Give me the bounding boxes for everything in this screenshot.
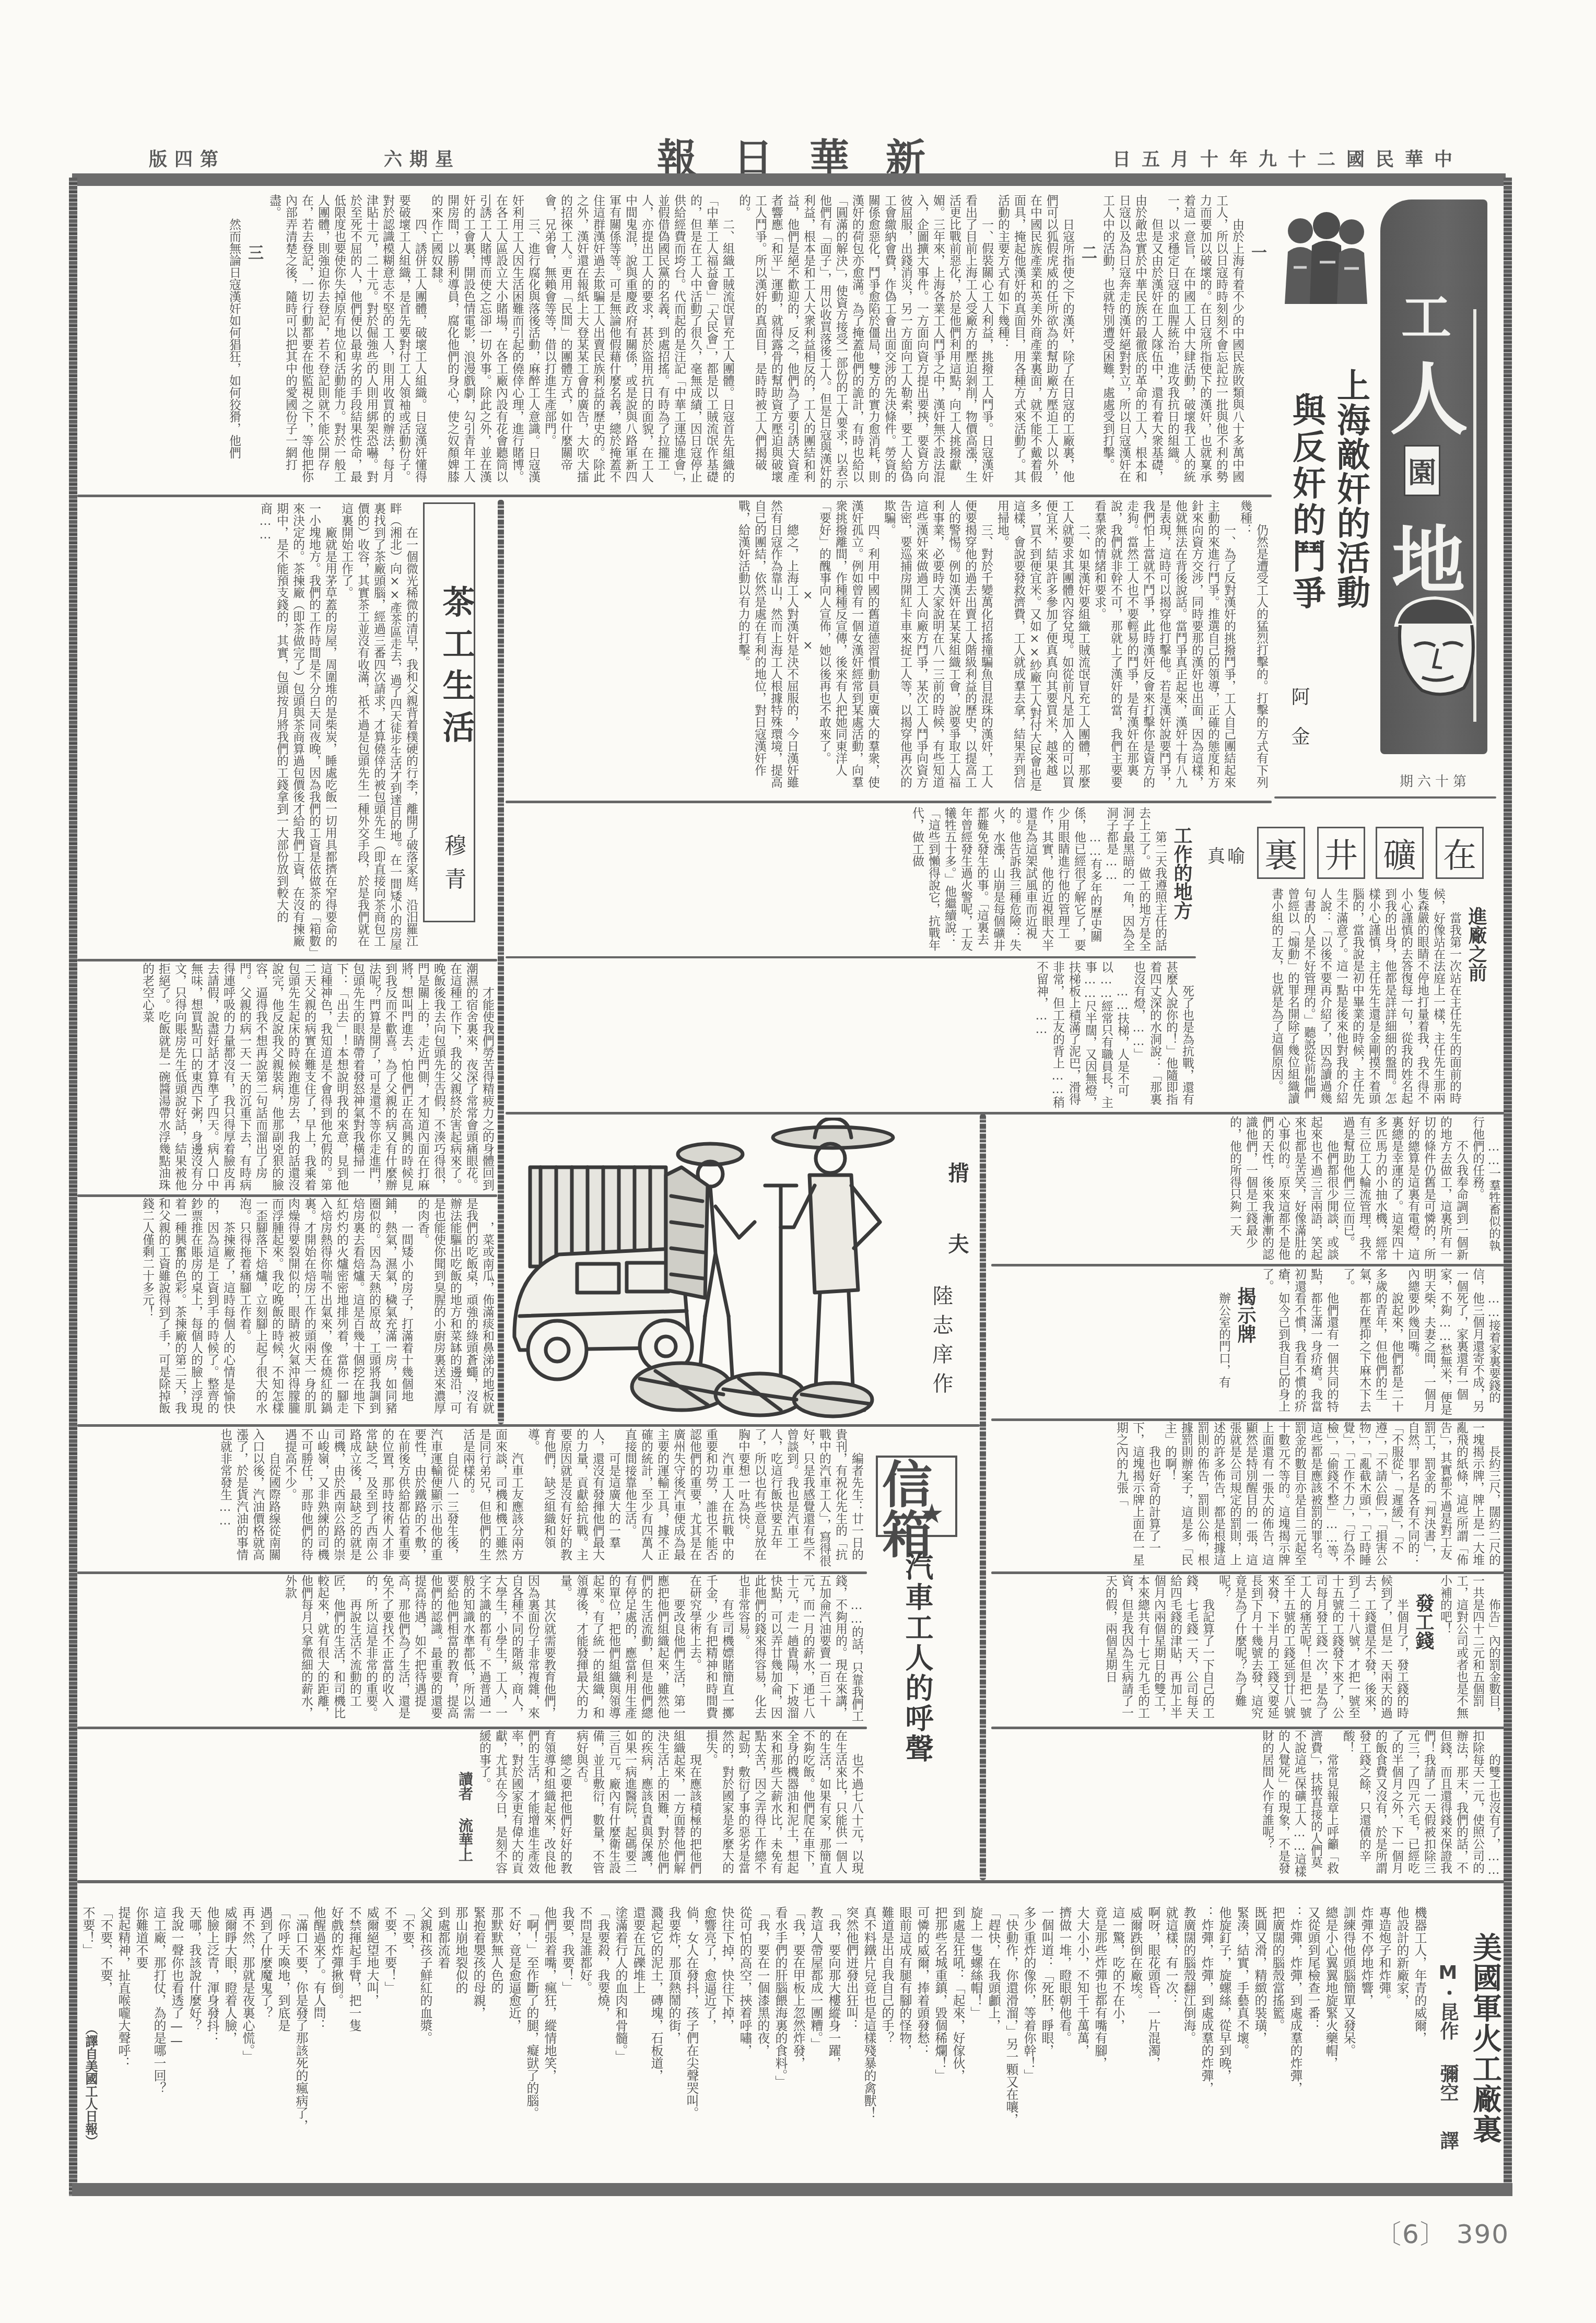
paragraph: 我也好奇的計算了一下，這塊揭示牌上面在一星期之內的九張「 <box>1113 1422 1161 1569</box>
paragraph: 現在應該積極的把他們組織起來，一方面替他們解決生活上的困難，對於他們的疾病，應該… <box>573 1730 702 1877</box>
worker-face-icon <box>1386 589 1482 701</box>
rule <box>506 801 1272 803</box>
poem-line: 塗滿着行人的血肉和骨髓。」 <box>612 1899 629 2178</box>
poem-title: 美國軍火工廠裏 <box>1464 1932 1506 2144</box>
paragraph-subhead: 進廠之前 <box>1462 888 1489 1110</box>
paragraph: 自從國際路線從南關入口以後，汽油價格就高漲了，於是貨汽油的事情也就非常發生…… <box>217 1428 281 1568</box>
poem-line: 「趕快，在我頭顱上， <box>984 1899 1002 2178</box>
poem-line: 眼前這成有腿有腳的怪物， <box>896 1899 913 2178</box>
illustration-artist: 陸志庠作 <box>926 1285 956 1402</box>
mine-work-top: 工作的地方第二天我遵照主任的話去上工了。做工的地方是全洞子最黑暗的一角，因為全洞… <box>507 807 1195 953</box>
tea-title-box: 茶工生活 穆青 <box>423 502 475 922</box>
poem-line: 這工廠，那打仗，為的是哪一回？ <box>150 1899 168 2178</box>
poem-line: 愈響亮了，愈逼近了， <box>700 1899 718 2178</box>
rule <box>506 1112 1504 1114</box>
mine-wages: 佈告」內的罰金數目，一共是四十二元和五個罰工，這對公司或者也是不無小補的吧！發工… <box>992 1575 1501 1724</box>
poem-line: 這一驚，吃的不在小， <box>1109 1899 1126 2178</box>
poem-line: 突然他們迸發出狂叫： <box>842 1899 860 2178</box>
paragraph-heading: 一 <box>1245 194 1269 492</box>
mine-title-char: 井 <box>1317 827 1365 879</box>
poem-line: 到處是狂吼：「起來，好傢伙， <box>949 1899 967 2178</box>
poem-line: 把廣闊的腦殼當搖籃。 <box>1269 1899 1286 2178</box>
rule <box>77 959 497 961</box>
supplement-masthead: 工 人 園 地 <box>1380 200 1487 754</box>
poem-line: 「啊！」至作斷了的腿，癡獃了的腦。 <box>523 1899 541 2178</box>
rule <box>77 495 1272 497</box>
paragraph: 他們都很少閒談，或談起來也不過三言兩語，笑起來也都是苦笑，好像滿肚的心事似的。原… <box>1226 1116 1340 1261</box>
poem-translator: 彌空 <box>1437 2064 1459 2102</box>
poem-line: 從可怕的高空，挾着呼嘯， <box>736 1899 754 2178</box>
newspaper-page: 第四版 星期六 新華日報 中華民國二十九年十月五日 工 人 園 地 第十六期 上… <box>0 0 1596 2323</box>
poem-line: 到處都流着 <box>434 1899 452 2178</box>
poem-line: 天哪，我該說什麼好？ <box>185 1899 203 2178</box>
paragraph: 辦公室的門口，有 <box>1215 1268 1231 1417</box>
poem-line: ：炸彈，炸彈，到處成羣的炸彈， <box>1286 1899 1304 2178</box>
rule <box>77 1194 497 1197</box>
poem-source: （譯自美國工人日報） <box>81 2022 99 2148</box>
paragraph: 其次就需要教育他們，因為裏面份子非常複雜，來自各種不同的階級，商人，大學生，小學… <box>362 1575 557 1723</box>
paragraph: 四、誘併工人團體，破壞工人組織。日寇漢奸懂得要破壞工人組織，是首先要對付工人領袖… <box>266 194 428 492</box>
poem-translator-suffix: 譯 <box>1437 2131 1459 2150</box>
poem-line: 威爾絕望地大叫， <box>363 1899 381 2178</box>
paragraph: 在一個微光稀微的清早，我和父親背着樸硬的行李，離開了破落家庭，沿汨羅江畔（湘北）… <box>338 502 419 955</box>
issue-date: 中華民國二十九年十月五日 <box>1112 145 1463 171</box>
poem-lines: 機器工人，年青的威爾，他設計的新廠家，專造炮子和炸彈。炸彈不停地炸響，訓練得他頭… <box>78 1899 1428 2178</box>
paragraph: 汽車工人在抗戰中的重要和功勞，誰也不能否認他們的重要，尤其是在廣州失守後汽車便成… <box>621 1428 735 1568</box>
poem-line: 一個叫道：「死胚，睜眼， <box>1038 1899 1055 2178</box>
article-title-line2: 與反奸的鬥爭 <box>1282 393 1330 612</box>
tea-title: 茶工生活 <box>433 585 479 752</box>
paragraph: 然而無論日寇漢奸如何猖狂，如何狡猾，他們 <box>226 194 242 492</box>
mine-wages-cont: 的雙工也沒有了，……扣除每天一元，使照公司的辦法，那末，我們的話，不但錢，而且還… <box>992 1730 1501 1877</box>
paragraph: 四、利用中國的舊道德習慣動員更廣大的羣衆，使漢奸孤立。例如曾有一個女漢奸經常到某… <box>816 500 881 797</box>
paragraph: 自從八一三發生後，汽車運輸便顯示出他的重要性，由於鐵路的不敷，在前後方供給都佔着… <box>281 1428 460 1568</box>
poem-line: 不禁揮起手臂，把一隻 <box>345 1899 363 2178</box>
poem-line: 可憐的威爾，捧着頭發愁： <box>913 1899 931 2178</box>
paragraph: 說起來，他們都是二十多歲的青年，但他們的生氣，都在壓抑之下麻木下去了。 <box>1340 1268 1404 1417</box>
paragraph-subhead: 工作的地方 <box>1168 807 1195 953</box>
paragraph: 再說生活不流動的工匠，他們的生活，和司機比較起來，就有很大的距離，他們每月只拿微… <box>281 1575 362 1723</box>
poem-line: 濺起它的泥土，磚塊，石板道， <box>647 1899 665 2178</box>
paragraph: 半個月了，發工錢的時候到了，但是一天兩天的過去，工錢還是不發，後來，到了二十八號… <box>1215 1575 1410 1724</box>
mine-title-char: 礦 <box>1376 827 1424 879</box>
rule <box>991 1571 1504 1574</box>
paragraph: 第二天我遵照主任的話去上工了。做工的地方是全洞子最黑暗的一角，因為全洞子都是…… <box>1103 807 1168 953</box>
paragraph: ，菜或南瓜，佈滿痰和鼻涕的地板就是我們的吃飯桌，頑強的綠頭蒼蠅，沒有辦法能驅出吃… <box>414 1198 495 1421</box>
paragraph: 才能使我們勞苦得精疲力之的身體回到潮濕的宿舍裏來，夜深了常常會頭痛眼花。在這種工… <box>139 963 495 1192</box>
poem-line: 「我，要向那大樓縱身一躍， <box>825 1899 842 2178</box>
paragraph: 廠就是用茅草蓋的房屋，周圍堆的是柴炭，睡處吃飯一切用具都擠在窄得要命的一小塊地方… <box>257 502 338 955</box>
mine-notice-cont: 長約三尺，闊約二尺的一塊揭示牌，牌上是一大堆亂飛的紙條，這些所謂「佈告」，其實都… <box>992 1422 1501 1569</box>
poem-line: 啊呀，眼花頭昏，一片混濁， <box>1144 1899 1162 2178</box>
bottom-border-bar <box>72 2183 1512 2196</box>
rule <box>77 1424 980 1427</box>
rule <box>991 1727 1504 1729</box>
poem-line: 好戲的炸彈揪倒。 <box>327 1899 345 2178</box>
poem-line: 倘，女人在發抖，孩子們在尖聲哭叫。 <box>683 1899 700 2178</box>
poem-line: 大大小小，不知千千萬萬， <box>1073 1899 1091 2178</box>
poem-line: 擠做一堆，瞪眼朝他看。 <box>1055 1899 1073 2178</box>
poem-line: 我要，我要！」 <box>558 1899 576 2178</box>
poem-line: 父親和孩子鮮紅的血漿。 <box>416 1899 434 2178</box>
poem-line: 「滿口不要，你是發了那該死的瘋病了， <box>292 1899 310 2178</box>
paragraph-heading: 三 <box>242 194 266 492</box>
tea-author: 穆青 <box>438 834 470 901</box>
poem-line: 旋上一隻螺絲帽！」 <box>967 1899 984 2178</box>
mine-title-char: 在 <box>1436 827 1484 879</box>
paragraph: 日寇所指使之下的漢奸，除了在日寇的工廠裏，他們可以狐假虎威的任所欲為的幫助廠方壓… <box>994 194 1075 492</box>
issue-number: 第十六期 <box>1400 771 1471 790</box>
paragraph: 一、為了反對漢奸的挑撥鬥爭，工人自己團結起來主動的來進行鬥爭。推選自己的領導，正… <box>1091 500 1237 797</box>
porters-illustration <box>509 1118 927 1421</box>
poem-line: 竟是那些炸彈也都有嘴有腳， <box>1091 1899 1109 2178</box>
poem-line: 多少重炸的像你，等着你幹！」 <box>1020 1899 1038 2178</box>
paragraph: 死了也是為抗戰，還有甚麼人說你的！」他隨即指着四丈深的水洞說：「那裏也沒有燈，…… <box>1130 961 1195 1109</box>
paragraph: ……有多年的歷史關係，他已經很了解它了，要少用眼睛進行他的管理工作，其實，他的近… <box>909 807 1103 953</box>
poem-line: 「不要， <box>398 1899 416 2178</box>
poem-line: 那默默無人色的 <box>487 1899 505 2178</box>
paragraph: 我記算了一下自己的工錢，七毛錢一天，公司每天給四毛錢的津貼，再加上半個月內兩個星… <box>1102 1575 1215 1724</box>
poem-line: 看水手們的肝腦餵海裏的食料。」 <box>771 1899 789 2178</box>
paragraph: 總之，上海工人對漢奸是決不屈服的，今日漢奸雖然有日寇作為靠山，然而上海工人根據特… <box>735 500 800 797</box>
poem-author: M・昆作 <box>1437 1962 1459 2040</box>
poem-line: 難道是出自我自己的手？ <box>878 1899 896 2178</box>
poem-line: 威爾睜大眼，瞪着人臉， <box>221 1899 239 2178</box>
paragraph: 要改良他們生活，第一應把他們組織起來，雖然他們的生活流動，但是他們總有停足處的，… <box>557 1575 686 1723</box>
paragraph: 佈告」內的罰金數目，一共是四十二元和五個罰工，這對公司或者也是不無小補的吧！ <box>1437 1575 1501 1724</box>
poem-line: 他們張着嘴，瘋狂，縱情地笑， <box>541 1899 558 2178</box>
poem-line: 訓練得他頭腦簡單又發呆。 <box>1340 1899 1357 2178</box>
star-icon: ★ <box>920 1500 944 1528</box>
poem-line: 緊湊，結實，手藝真不壞。 <box>1233 1899 1251 2178</box>
poem-line: 他設計的新廠家， <box>1393 1899 1411 2178</box>
poem-line: 「我，要在甲板上忽然炸發， <box>789 1899 807 2178</box>
right-border <box>1504 178 1512 2196</box>
mailbox-column-badge: 信箱 ★ <box>876 1456 957 1537</box>
paragraph: ……的話，只靠我們工錢，不夠用的。現在來講，五加侖汽油要賣一百二十元，而一月的薪… <box>735 1575 864 1723</box>
poem-line: 真不料鐵片兒竟也是這樣殘暴的禽獸！ <box>860 1899 878 2178</box>
poem-line: 不要，不要！」 <box>381 1899 398 2178</box>
masthead-char-yuan: 園 <box>1404 445 1440 496</box>
poem-line: 提起精神，扯直喉嚨大聲呼： <box>114 1899 132 2178</box>
paragraph: 他們還有一個共同的特點，都生滿一身疥瘡。我當初還看不慣，我看不慣的疥瘡，如今已到… <box>1259 1268 1340 1417</box>
rule <box>506 956 1196 958</box>
paragraph: 的雙工也沒有了，……扣除每天一元，使照公司的辦法，那末，我們的話，不但錢，而且還… <box>1340 1730 1501 1877</box>
paragraph: 當我第一次站在主任先生的面前的時候，好像站在法庭上一樣，主任先生那兩隻森嚴的眼睛… <box>1268 888 1462 1110</box>
poem-line: 既圓又滑，精緻的裝璜， <box>1251 1899 1269 2178</box>
paragraph: 但是又由於漢奸在工人隊伍中，還有着大衆基礎，由於敵忠實於中華民族的最徹底的革命的… <box>1099 194 1164 492</box>
poem-line: 不好，竟是愈逼愈近， <box>505 1899 523 2178</box>
poem-line: 我說一聲你也看透了—— <box>168 1899 185 2178</box>
column-divider <box>498 500 504 1424</box>
paragraph: 二、組織工賊流氓冒充工人團體。日寇首先組織的「中華工人福益會」「大民會」，都是以… <box>541 194 735 492</box>
paragraph: 一間矮小的房子，打滿着十幾個地鋪，熱氣，濕氣，穢氣充滿一房，如同豬圈似的。因為天… <box>236 1198 414 1421</box>
poem-line: 「我，要在一個漆黑的夜， <box>754 1899 771 2178</box>
poem-credits: M・昆作彌空譯 <box>1435 1962 1461 2150</box>
poem-line: 緊抱着嬰孩的母親， <box>470 1899 487 2178</box>
rule <box>77 1727 867 1729</box>
poem-line: 再不然，那就是夜裏心慌。」 <box>239 1899 256 2178</box>
paragraph-signoff: 讀者 流華上 <box>454 1730 476 1877</box>
page-label: 第四版 <box>149 145 226 171</box>
mine-author: 喻真 <box>1207 842 1247 867</box>
poem-line: 專造炮子和炸彈。 <box>1375 1899 1393 2178</box>
letter-title: 汽車工人的呼聲 <box>897 1552 937 1764</box>
column-divider <box>980 1114 986 1880</box>
rule <box>1274 796 1496 799</box>
poem-line: 又從頭到尾檢查一番： <box>1304 1899 1322 2178</box>
poem-line: 總是小心翼翼地旋緊火藥帽， <box>1322 1899 1340 2178</box>
rule <box>991 1264 1504 1266</box>
letter-text-a: 編者先生：廿一日的貴刊，有祝化先生的「抗戰中的汽車工人」，寫得很好，只是我感覺還… <box>78 1428 864 1568</box>
article-title-line1: 上海敵奸的活動 <box>1327 368 1375 609</box>
letter-text-b: ……的話，只靠我們工錢，不夠用的。現在來講，五加侖汽油要賣一百二十元，而一月的薪… <box>78 1575 864 1723</box>
poem-line: 還要在瓦礫堆上 <box>629 1899 647 2178</box>
poem-line: 他旋釘子，旋螺絲，從早到晚， <box>1215 1899 1233 2178</box>
workers-cartoon-icon <box>1281 210 1369 307</box>
poem-line: 炸彈不停地炸響， <box>1357 1899 1375 2178</box>
paragraph: 仍然是遭受工人的猛烈打擊的。打擊的方式有下列幾種： <box>1237 500 1269 797</box>
poem-line: 遇到了什麼魔鬼了？ <box>256 1899 274 2178</box>
rule <box>77 1880 1504 1883</box>
paragraph: 常常見報章上呼籲「救濟費」，扶掖直接的人們莫不說這些保礦工人……這樣的人覺死」的… <box>1259 1730 1340 1877</box>
poem-line: 我要炸，那頂熱鬧的街， <box>665 1899 683 2178</box>
mine-work-mid: 死了也是為抗戰，還有甚麼人說你的！」他隨即指着四丈深的水洞說：「那裏也沒有燈，…… <box>507 961 1195 1109</box>
rule <box>77 1571 867 1574</box>
paragraph: 由於上海有着不少的中國民族敗類與八十多萬中國工人，所以日寇時時刻刻不會忘記拉一批… <box>1164 194 1245 492</box>
paragraph: 可是這廣大的一羣人，還沒有發揮他們最大的力量，貢獻給抗戰。主要原因就是沒有好好的… <box>524 1428 621 1568</box>
tea-text-c: ，菜或南瓜，佈滿痰和鼻涕的地板就是我們的吃飯桌，頑強的綠頭蒼蠅，沒有辦法能驅出吃… <box>78 1198 495 1421</box>
main-article-tier1: 一由於上海有着不少的中國民族敗類與八十多萬中國工人，所以日寇時時刻刻不會忘記拉一… <box>79 194 1269 492</box>
poem-line: 「快動作，你還滑溜，」另一顆又在嚷， <box>1002 1899 1020 2178</box>
paragraph-subhead: 發工錢 <box>1410 1575 1437 1724</box>
paragraph-heading: 二 <box>1075 194 1099 492</box>
poem-line: ：炸彈，炸彈，到處成羣的炸彈， <box>1198 1899 1215 2178</box>
paragraph: 二、如果漢奸要組織工賊流氓冒充工人團體，那麼工人就要求其團體內容兌現。如從前凡是… <box>994 500 1091 797</box>
left-border <box>69 178 77 2196</box>
mine-intro: 進廠之前當我第一次站在主任先生的面前的時候，好像站在法庭上一樣，主任先生那兩隻森… <box>1201 888 1489 1110</box>
mailbox-label: 信箱 <box>882 1460 955 1560</box>
tea-text-b: 才能使我們勞苦得精疲力之的身體回到潮濕的宿舍裏來，夜深了常常會頭痛眼花。在這種工… <box>78 963 495 1192</box>
paragraph: 總之要把他們好好的教育領導和組織起來，改良他們的生活，才能增進生產效率，對於國家… <box>476 1730 573 1877</box>
poem-line: 「不要，不要， <box>97 1899 114 2178</box>
page-number: 〔6〕 390 <box>1375 2213 1509 2251</box>
paragraph: 一、假裝關心工人利益，挑撥工人鬥爭。日寇漢奸看出了目前上海工人受廠方的壓迫剝削，… <box>735 194 994 492</box>
tea-text-a: 在一個微光稀微的清早，我和父親背着樸硬的行李，離開了破落家庭，沿汨羅江畔（湘北）… <box>78 502 419 955</box>
poem-line: 不問是誰都好。 <box>576 1899 594 2178</box>
weekday: 星期六 <box>384 145 461 171</box>
poem-line: 教這人帶屋都成一團糟。」 <box>807 1899 825 2178</box>
poem-line: 把那些名城重鎮，毀個稀爛！」 <box>931 1899 949 2178</box>
illustration-title: 揹夫 <box>942 1162 972 1304</box>
paragraph-subhead: 揭示牌 <box>1231 1268 1259 1417</box>
poem-line: 那山崩地裂似的 <box>452 1899 470 2178</box>
paragraph: 茶揀廠了，這時每個人的心情是愉快的，因為這是工資到手的時候了。整齊的鈔票推在賬房… <box>139 1198 236 1421</box>
poem-line: 就這樣，有一次： <box>1162 1899 1180 2178</box>
poem-line: 「你呼天喚地，到底是 <box>274 1899 292 2178</box>
paragraph: 也不過七八十元，以現在生活來比，只能供一個人的生活，如果有家，那簡直不夠吃飯。他… <box>702 1730 864 1877</box>
paragraph: ……一羣牲畜似的執行他們的任務。 <box>1469 1116 1501 1261</box>
paragraph: 三、進行腐化與落後活動，麻醉工人意識。日寇漢奸利用工人因生活困難而引起的僥倖心理… <box>428 194 541 492</box>
paragraph: ……接着家裏要錢的信，他三個月還寄不成，另一個死了，家裏還有一個家，不夠……愁無… <box>1404 1268 1501 1417</box>
paragraph: 編者先生：廿一日的貴刊，有祝化先生的「抗戰中的汽車工人」，寫得很好，只是我感覺還… <box>735 1428 864 1568</box>
poem-line: 教廣闊的腦殼翻江倒海。 <box>1180 1899 1198 2178</box>
mine-mid-right: ……一羣牲畜似的執行他們的任務。不久我奉命調到一個新的地方去做工，這裏所有一切的… <box>992 1116 1501 1261</box>
top-border-bar <box>72 173 1506 186</box>
poem-line: 威爾跌倒在廠埃。 <box>1126 1899 1144 2178</box>
rule <box>991 1418 1504 1421</box>
poem-line: 他臉上泛青，渾身發抖： <box>203 1899 221 2178</box>
main-article-tier2: 仍然是遭受工人的猛烈打擊的。打擊的方式有下列幾種：一、為了反對漢奸的挑撥鬥爭，工… <box>507 500 1269 797</box>
paragraph: 長約三尺，闊約二尺的一塊揭示牌，牌上是一大堆亂飛的紙條，這些所謂「佈告」，其實都… <box>1161 1422 1501 1569</box>
mine-notice-board: ……接着家裏要錢的信，他三個月還寄不成，另一個死了，家裏還有一個家，不夠……愁無… <box>992 1268 1501 1417</box>
letter-text-c: 也不過七八十元，以現在生活來比，只能供一個人的生活，如果有家，那簡直不夠吃飯。他… <box>78 1730 864 1877</box>
paragraph: 汽車工友應該分兩方面來談，司機和機工雖然是同行弟兄，但他們的生活是兩樣的。 <box>460 1428 524 1568</box>
paragraph: ……扶梯，人是不可以……經常只有職員長，主事……尺半闊，又因無燈，扶梯板上積滿了… <box>1033 961 1130 1109</box>
paragraph: 有些司機嫖賭簡直一擲千金，少有把精神和時間費在研究學術上去。 <box>686 1575 735 1723</box>
mine-title-char: 裏 <box>1257 827 1305 879</box>
poem-line: 機器工人，年青的威爾， <box>1411 1899 1428 2178</box>
poem-line: 他醒過來了。有人問： <box>310 1899 327 2178</box>
masthead-char-ren: 人 <box>1390 336 1468 449</box>
poem-line: 你難道不要 <box>132 1899 150 2178</box>
paragraph: 不久我奉命調到一個新的地方去做工，這裏所有一切的條件仍舊是可憐的，所好的總算是這… <box>1340 1116 1469 1261</box>
poem-line: 快往下掉，快往下掉， <box>718 1899 736 2178</box>
paragraph: 三、對於千變萬化招搖撞騙魚目混珠的漢奸，工人便要揭穿他的過去出賣工人階級利益的歷… <box>881 500 994 797</box>
paragraph-divider: ×× <box>800 500 816 797</box>
article-author: 阿金 <box>1286 687 1312 766</box>
poem-line: 「我要殺，我要燒， <box>594 1899 612 2178</box>
